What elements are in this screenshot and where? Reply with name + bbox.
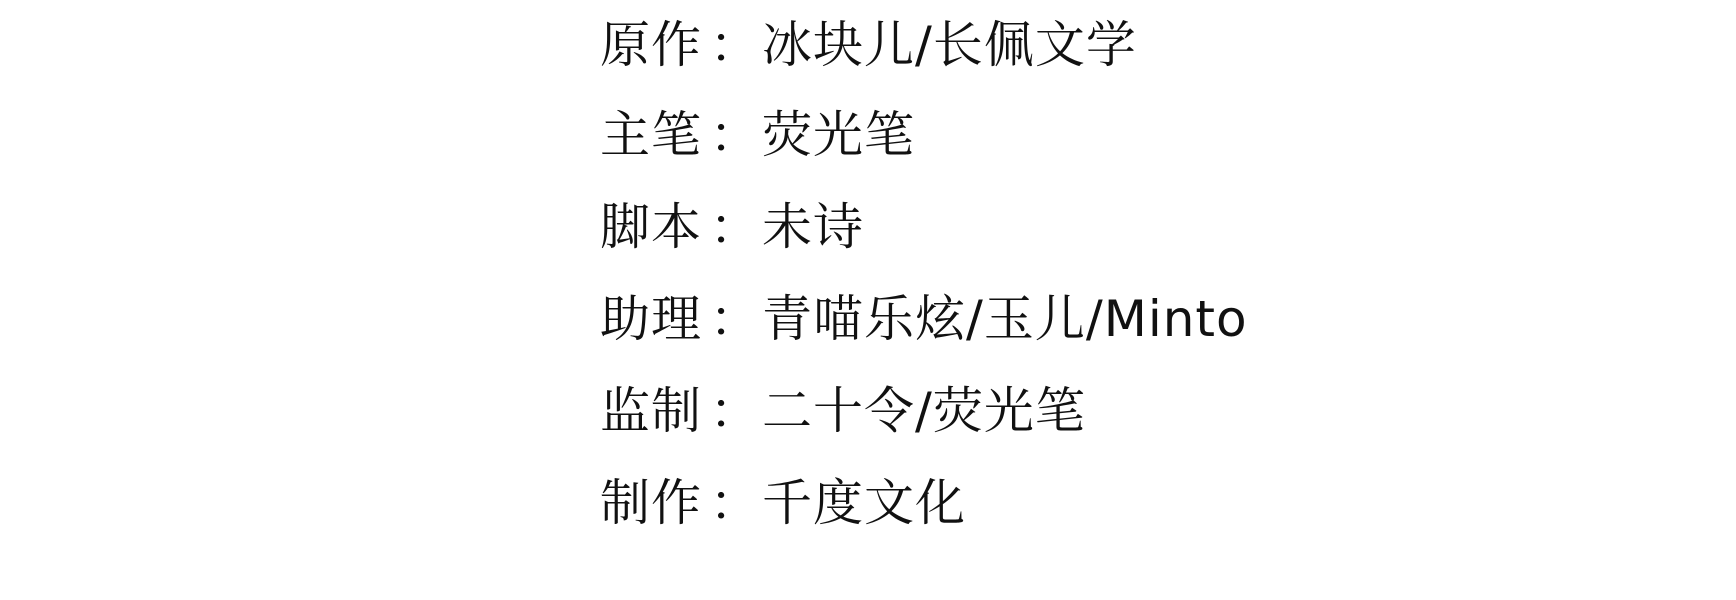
credit-name: 荧光笔: [762, 110, 915, 160]
credit-role: 脚本: [600, 202, 708, 252]
credit-separator: ：: [708, 386, 762, 436]
credit-role: 制作: [600, 478, 708, 528]
credit-role: 监制: [600, 386, 708, 436]
credit-row-lead-artist: 主笔 ： 荧光笔: [600, 100, 915, 170]
credit-role: 助理: [600, 294, 708, 344]
credit-role: 原作: [600, 20, 708, 70]
credit-name: 千度文化: [762, 478, 966, 528]
credit-row-assistants: 助理 ： 青喵乐炫/玉儿/Minto: [600, 284, 1248, 354]
credit-separator: ：: [708, 110, 762, 160]
credit-role: 主笔: [600, 110, 708, 160]
credit-separator: ：: [708, 478, 762, 528]
credit-row-script: 脚本 ： 未诗: [600, 192, 864, 262]
credit-name: 青喵乐炫/玉儿/Minto: [762, 294, 1248, 344]
credit-separator: ：: [708, 202, 762, 252]
credit-row-original-author: 原作 ： 冰块儿/长佩文学: [600, 10, 1137, 80]
credit-name: 冰块儿/长佩文学: [762, 20, 1137, 70]
credit-row-supervisor: 监制 ： 二十令/荧光笔: [600, 376, 1086, 446]
credit-row-production: 制作 ： 千度文化: [600, 468, 966, 538]
credit-separator: ：: [708, 294, 762, 344]
credit-separator: ：: [708, 20, 762, 70]
credit-name: 未诗: [762, 202, 864, 252]
credit-name: 二十令/荧光笔: [762, 386, 1086, 436]
